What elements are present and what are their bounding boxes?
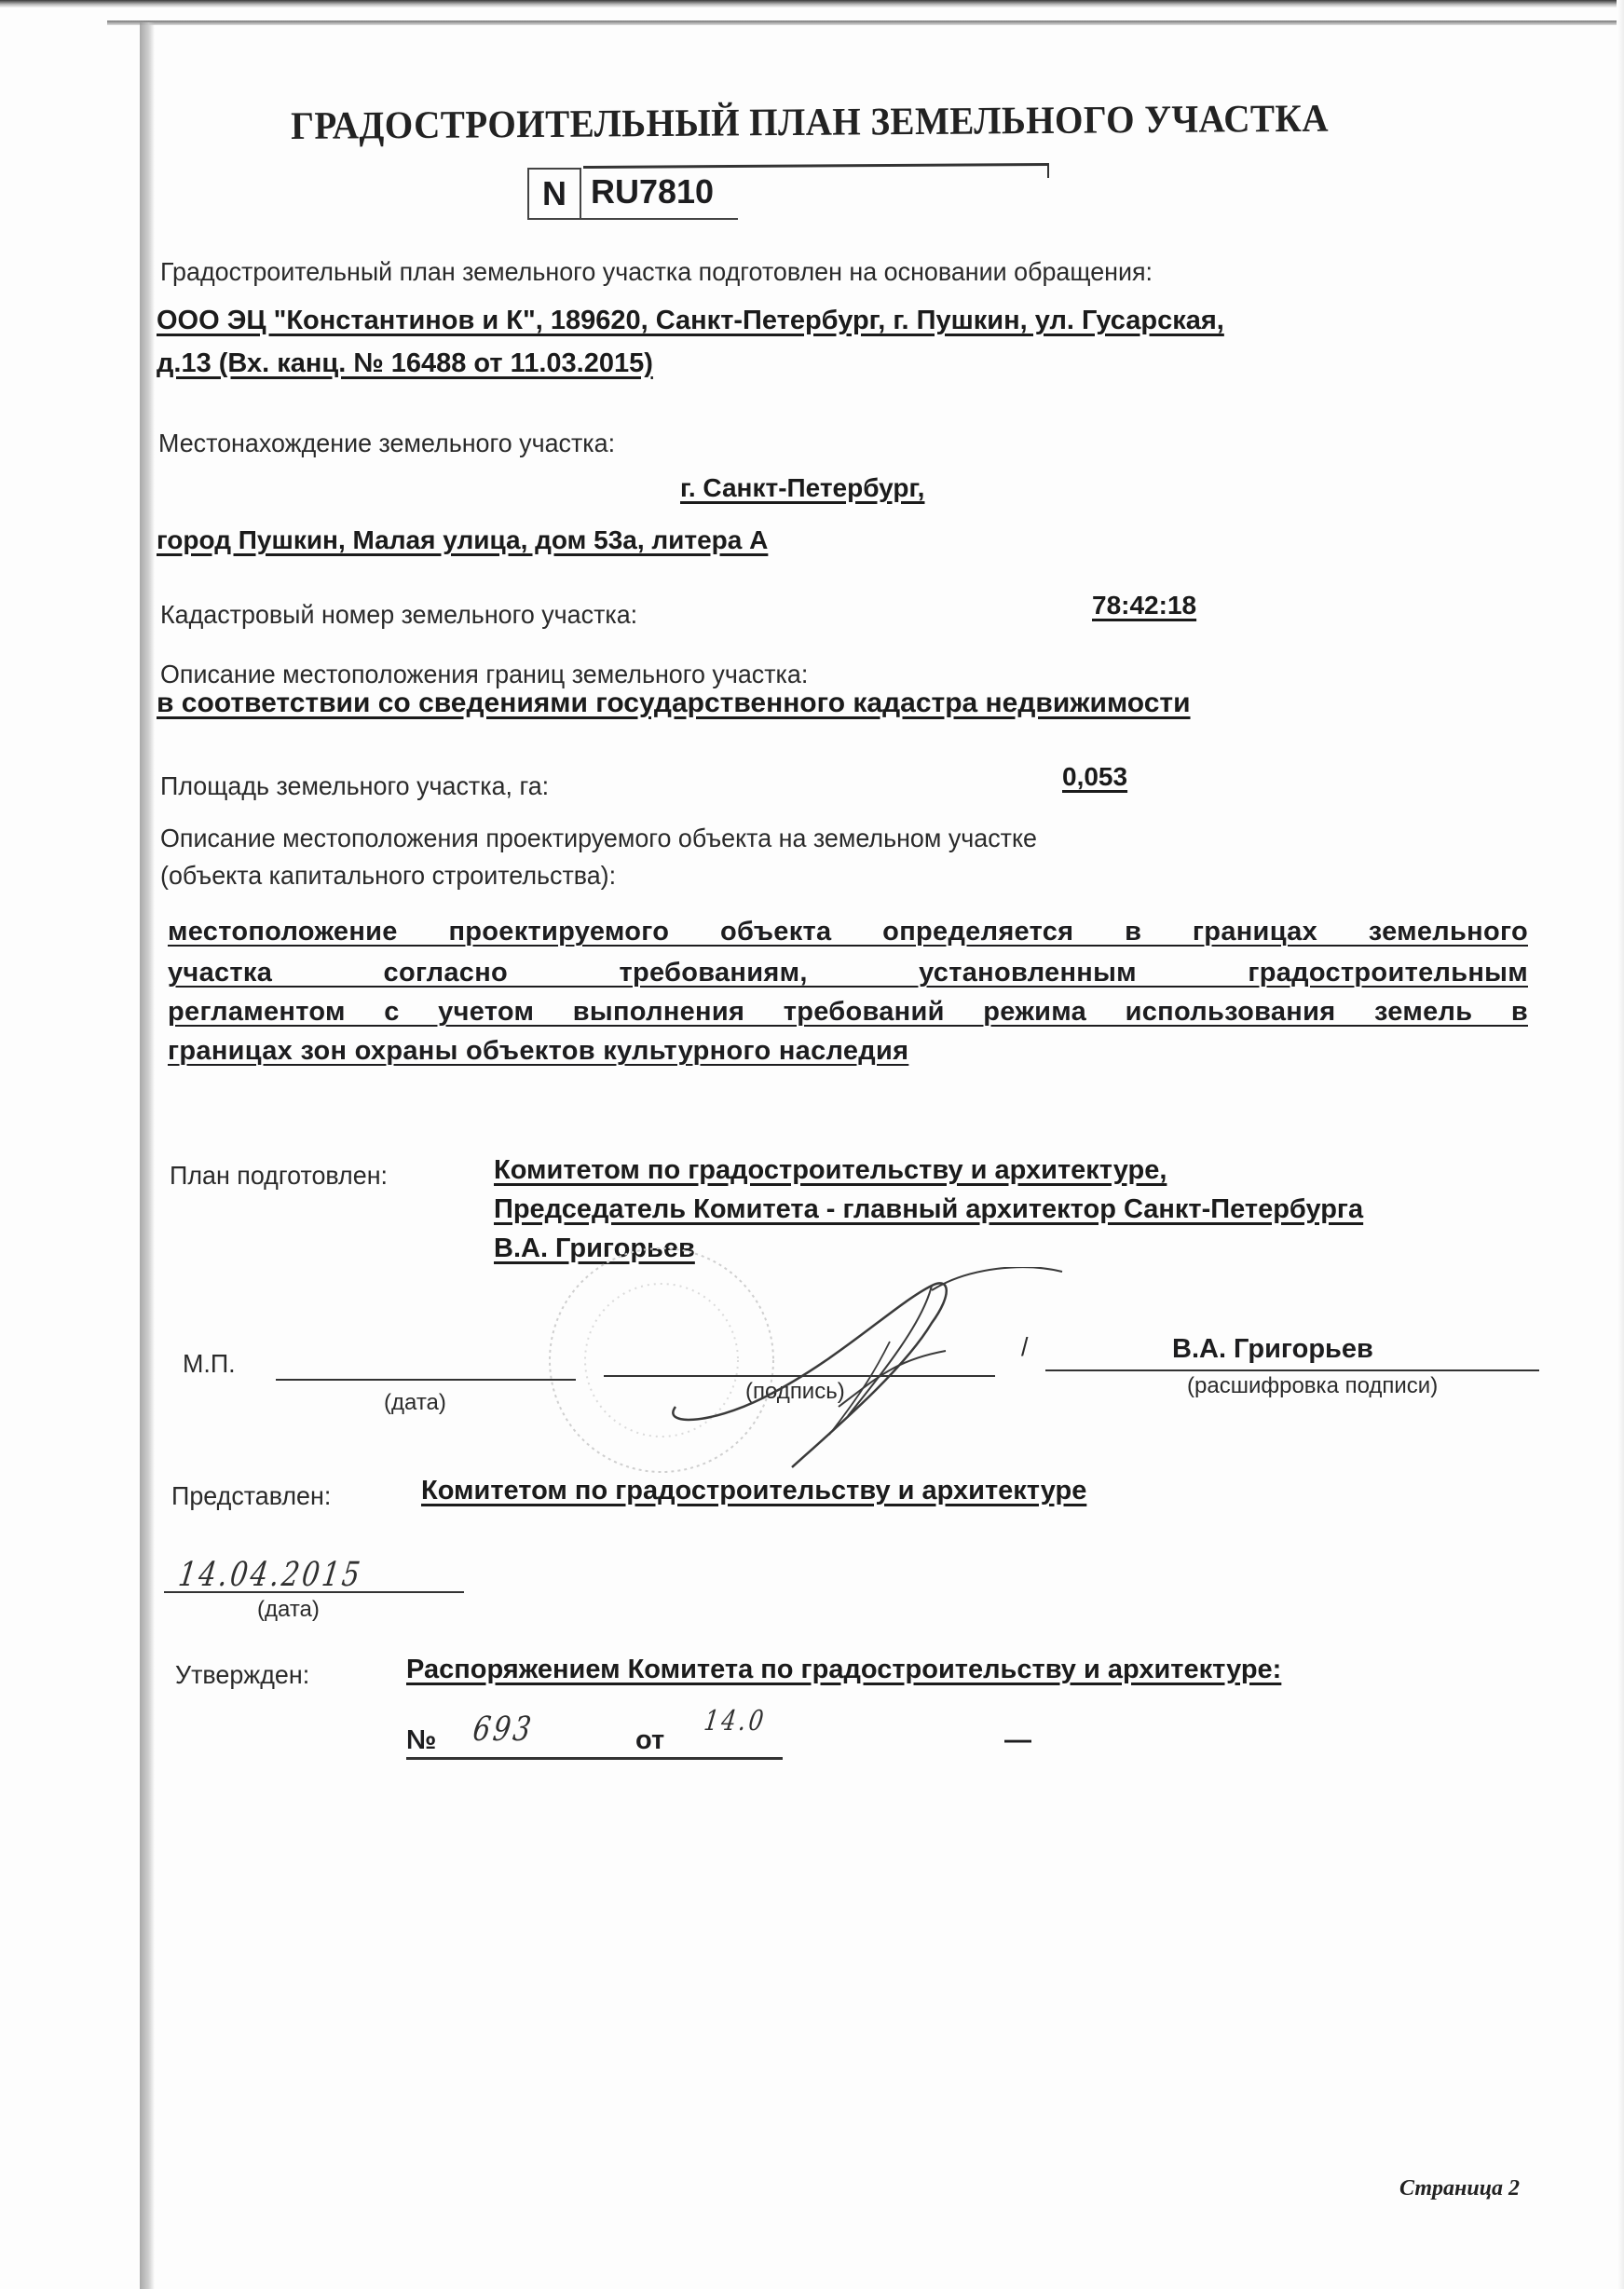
binding-shadow xyxy=(140,22,155,2289)
seal-stamp xyxy=(484,1239,801,1481)
date-line xyxy=(276,1379,576,1381)
scan-top-edge xyxy=(0,0,1624,7)
document-title: ГРАДОСТРОИТЕЛЬНЫЙ ПЛАН ЗЕМЕЛЬНОГО УЧАСТК… xyxy=(291,97,1329,149)
order-trailing-dash: — xyxy=(1004,1725,1031,1756)
presented-value: Комитетом по градостроительству и архите… xyxy=(421,1476,1086,1506)
name-line xyxy=(1045,1369,1539,1371)
seal-label: М.П. xyxy=(183,1349,236,1379)
object-location-label: Описание местоположения проектируемого о… xyxy=(160,824,1037,853)
basis-request: д.13 (Вх. канц. № 16488 от 11.03.2015) xyxy=(157,348,653,379)
prepared-by-label: План подготовлен: xyxy=(170,1161,388,1191)
location-city: г. Санкт-Петербург, xyxy=(680,473,924,503)
presented-handwritten-date: 14.04.2015 xyxy=(176,1556,365,1594)
area-label: Площадь земельного участка, га: xyxy=(160,771,549,801)
signatory-name: В.А. Григорьев xyxy=(1172,1334,1373,1365)
presented-date-line xyxy=(164,1591,464,1593)
plan-number: RU7810 xyxy=(581,168,738,220)
name-caption: (расшифровка подписи) xyxy=(1187,1373,1438,1399)
scan-shadow xyxy=(107,20,1624,25)
basis-applicant: ООО ЭЦ "Константинов и К", 189620, Санкт… xyxy=(157,306,1224,336)
order-number-sign: № xyxy=(406,1725,436,1756)
prepared-by-committee: Комитетом по градостроительству и архите… xyxy=(494,1155,1167,1186)
approved-value: Распоряжением Комитета по градостроитель… xyxy=(406,1655,1281,1685)
signature-line xyxy=(604,1375,995,1377)
signature-caption: (подпись) xyxy=(745,1379,845,1405)
cadastral-number: 78:42:18 xyxy=(1092,591,1196,620)
handwritten-signature xyxy=(652,1267,1081,1481)
order-number: 693 xyxy=(471,1710,536,1749)
cadastral-label: Кадастровый номер земельного участка: xyxy=(160,600,637,630)
presented-label: Представлен: xyxy=(171,1481,331,1511)
date-caption: (дата) xyxy=(384,1390,446,1416)
order-date: 14.0 xyxy=(703,1705,769,1737)
presented-date-caption: (дата) xyxy=(257,1597,320,1623)
location-label: Местонахождение земельного участка: xyxy=(158,429,615,458)
order-from-label: от xyxy=(635,1725,664,1756)
location-address: город Пушкин, Малая улица, дом 53а, лите… xyxy=(157,525,768,555)
object-location-line: границах зон охраны объектов культурного… xyxy=(168,1036,1528,1067)
boundaries-value: в соответствии со сведениями государстве… xyxy=(157,688,1191,719)
boundaries-label: Описание местоположения границ земельног… xyxy=(160,660,808,689)
number-prefix: N xyxy=(527,168,581,220)
object-location-line: регламентом с учетом выполнения требован… xyxy=(168,997,1528,1028)
scan-right-edge xyxy=(1617,0,1624,2289)
order-underline xyxy=(406,1757,783,1760)
number-box-right-tick xyxy=(1047,165,1049,178)
plan-number-box: N RU7810 xyxy=(527,166,1049,221)
basis-label: Градостроительный план земельного участк… xyxy=(160,257,1153,287)
prepared-by-name: В.А. Григорьев xyxy=(494,1233,695,1264)
object-location-line: местоположение проектируемого объекта оп… xyxy=(168,917,1528,947)
approved-label: Утвержден: xyxy=(175,1660,309,1690)
object-location-sublabel: (объекта капитального строительства): xyxy=(160,861,616,891)
page-number: Страница 2 xyxy=(1399,2176,1520,2201)
prepared-by-position: Председатель Комитета - главный архитект… xyxy=(494,1194,1363,1225)
object-location-line: участка согласно требованиям, установлен… xyxy=(168,958,1528,988)
area-value: 0,053 xyxy=(1062,762,1127,792)
signature-separator: / xyxy=(1021,1332,1028,1362)
